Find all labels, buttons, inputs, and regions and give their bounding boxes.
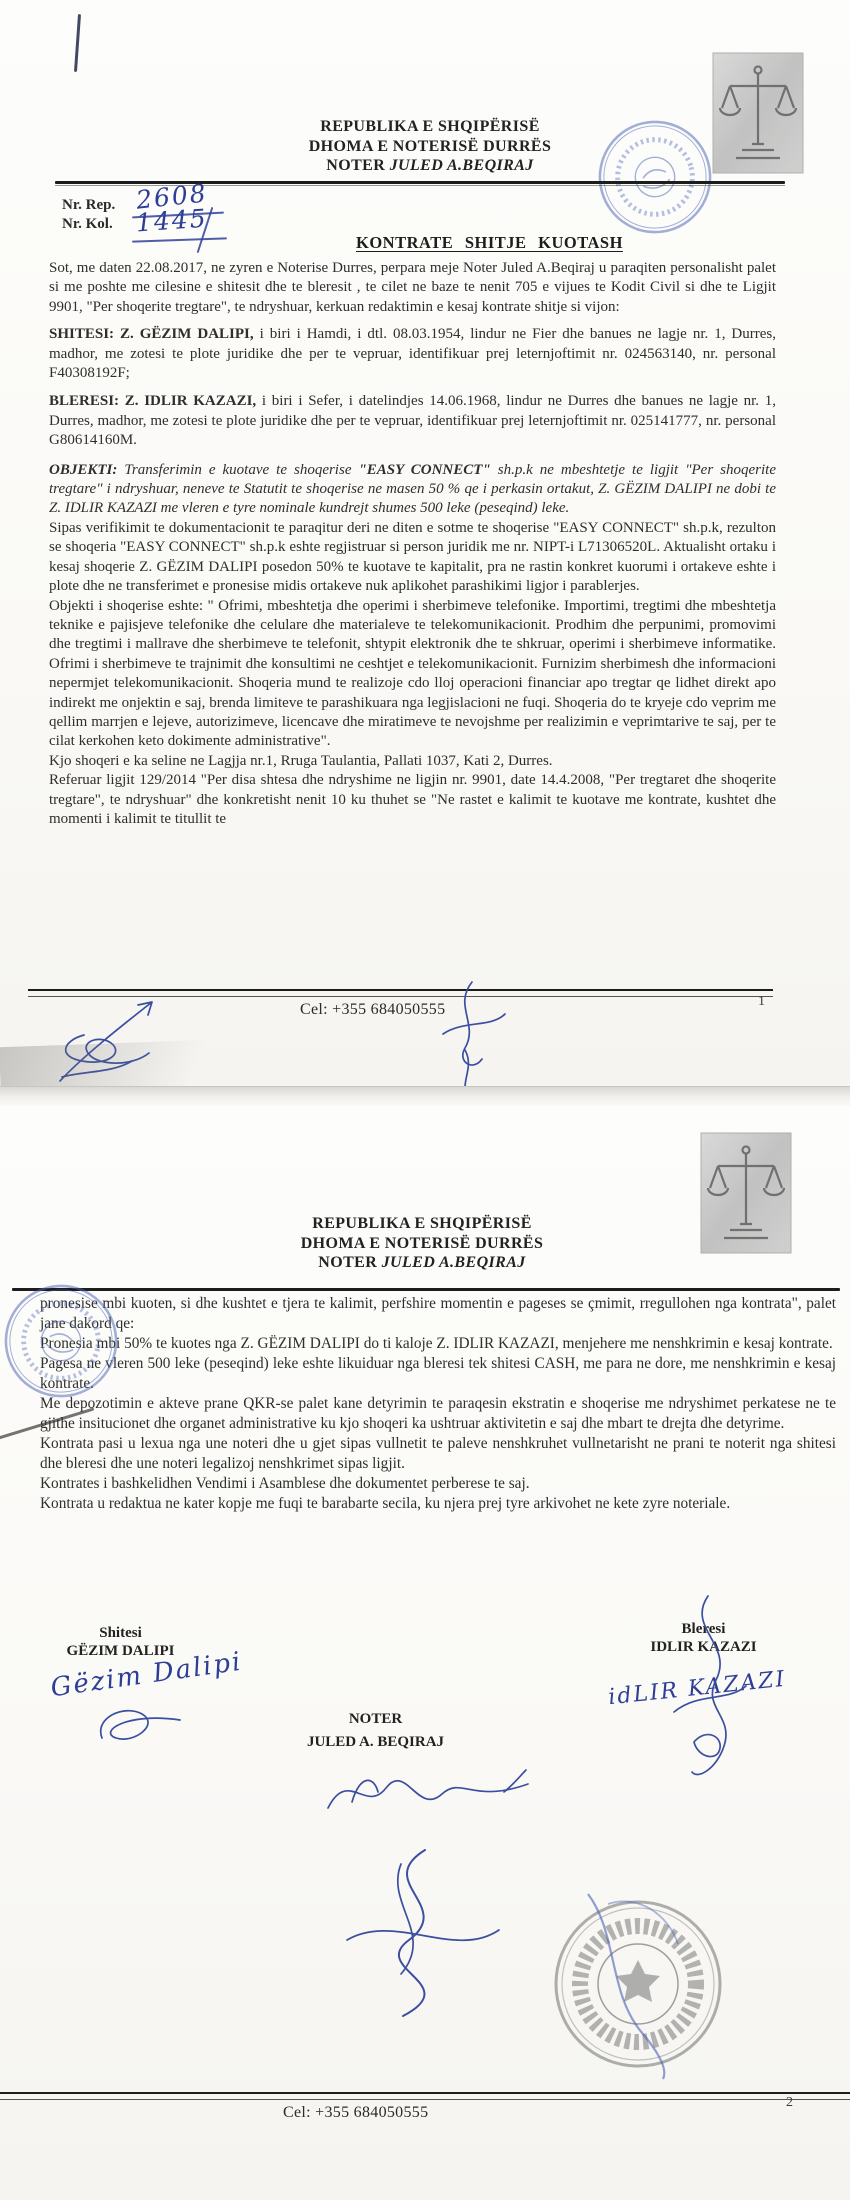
nr-kol-value-handwritten: 1445	[135, 204, 208, 238]
law-reference-paragraph: Referuar ligjit 129/2014 "Per disa shtes…	[49, 771, 776, 829]
noter-name: JULED A.BEQIRAJ	[382, 1254, 526, 1271]
pen-mark	[74, 14, 81, 72]
nr-kol-label: Nr. Kol.	[62, 216, 113, 233]
continuation-paragraph: pronesise mbi kuoten, si dhe kushtet e t…	[40, 1294, 836, 1334]
object-pre: Transferimin e kuotave te shoqerise	[117, 462, 358, 478]
letterhead-line3: NOTER JULED A.BEQIRAJ	[230, 156, 630, 176]
footer-rule	[0, 2092, 850, 2100]
notary-role-label: NOTER	[298, 1710, 453, 1728]
seller-paragraph: SHITESI: Z. GËZIM DALIPI, i biri i Hamdi…	[49, 325, 776, 383]
footer-phone: Cel: +355 684050555	[283, 2104, 428, 2122]
seller-role-label: Shitesi	[58, 1624, 183, 1642]
letterhead: REPUBLIKA E SHQIPËRISË DHOMA E NOTERISË …	[222, 1214, 622, 1273]
letterhead: REPUBLIKA E SHQIPËRISË DHOMA E NOTERISË …	[230, 117, 630, 176]
justice-scales-stamp	[700, 1132, 792, 1254]
buyer-paragraph: BLERESI: Z. IDLIR KAZAZI, i biri i Sefer…	[49, 392, 776, 450]
letterhead-line2: DHOMA E NOTERISË DURRËS	[230, 137, 630, 157]
company-object-paragraph: Objekti i shoqerise eshte: " Ofrimi, mbe…	[49, 597, 776, 752]
nr-rep-label: Nr. Rep.	[62, 197, 115, 214]
justice-scales-stamp	[712, 52, 804, 174]
signature-buyer-page1	[415, 976, 520, 1098]
object-lead: OBJEKTI:	[49, 462, 117, 478]
contract-body-page2: pronesise mbi kuoten, si dhe kushtet e t…	[40, 1294, 836, 1514]
quota-transfer-paragraph: Pronesia mbi 50% te kuotes nga Z. GËZIM …	[40, 1334, 836, 1354]
intro-paragraph: Sot, me daten 22.08.2017, ne zyren e Not…	[49, 259, 776, 317]
page-number: 2	[786, 2095, 793, 2111]
handwritten-underline	[132, 237, 227, 242]
object-paragraph: OBJEKTI: Transferimin e kuotave te shoqe…	[49, 461, 776, 519]
registered-office-paragraph: Kjo shoqeri e ka seline ne Lagjja nr.1, …	[49, 752, 776, 771]
page-number: 1	[758, 994, 765, 1010]
header-rule	[12, 1288, 840, 1291]
notary-signature-flourish	[303, 1842, 513, 2022]
scanned-contract-document: REPUBLIKA E SHQIPËRISË DHOMA E NOTERISË …	[0, 0, 850, 2200]
seller-signature-flourish	[92, 1698, 187, 1750]
scan-seam	[0, 1086, 850, 1107]
document-title: KONTRATE SHITJE KUOTASH	[356, 233, 623, 253]
contract-page-1: REPUBLIKA E SHQIPËRISË DHOMA E NOTERISË …	[0, 0, 850, 1104]
letterhead-line2: DHOMA E NOTERISË DURRËS	[222, 1234, 622, 1254]
seller-lead: SHITESI: Z. GËZIM DALIPI,	[49, 326, 254, 342]
notary-round-seal	[548, 1874, 728, 2084]
buyer-lead: BLERESI: Z. IDLIR KAZAZI,	[49, 393, 256, 409]
letterhead-line1: REPUBLIKA E SHQIPËRISË	[222, 1214, 622, 1234]
reading-signing-paragraph: Kontrata pasi u lexua nga une noteri dhe…	[40, 1434, 836, 1474]
copies-paragraph: Kontrata u redaktua ne kater kopje me fu…	[40, 1494, 836, 1514]
noter-prefix: NOTER	[318, 1254, 381, 1271]
attachments-paragraph: Kontrates i bashkelidhen Vendimi i Asamb…	[40, 1474, 836, 1494]
noter-name: JULED A.BEQIRAJ	[390, 157, 534, 174]
qkr-deposit-paragraph: Me depozotimin e akteve prane QKR-se pal…	[40, 1394, 836, 1434]
contract-body-page1: Sot, me daten 22.08.2017, ne zyren e Not…	[49, 259, 776, 829]
notary-signature-block-label: NOTER JULED A. BEQIRAJ	[298, 1710, 453, 1751]
verification-paragraph: Sipas verifikimit te dokumentacionit te …	[49, 519, 776, 597]
letterhead-line1: REPUBLIKA E SHQIPËRISË	[230, 117, 630, 137]
notary-name: JULED A. BEQIRAJ	[298, 1733, 453, 1751]
company-name: "EASY CONNECT"	[358, 462, 490, 478]
noter-prefix: NOTER	[326, 157, 389, 174]
notary-handwritten-signature	[320, 1752, 535, 1837]
payment-paragraph: Pagesa ne vleren 500 leke (peseqind) lek…	[40, 1354, 836, 1394]
buyer-signature-scrawl	[636, 1590, 761, 1785]
seller-signature-block-label: Shitesi GËZIM DALIPI	[58, 1624, 183, 1660]
letterhead-line3: NOTER JULED A.BEQIRAJ	[222, 1253, 622, 1273]
contract-page-2: REPUBLIKA E SHQIPËRISË DHOMA E NOTERISË …	[0, 1106, 850, 2200]
